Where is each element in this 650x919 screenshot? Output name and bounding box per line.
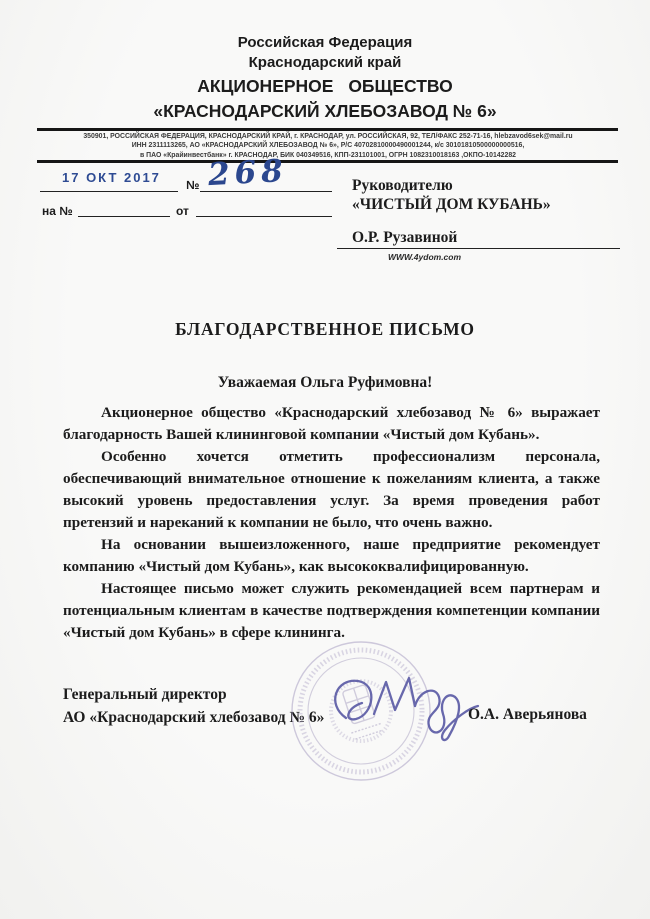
signer-position: Генеральный директор АО «Краснодарский х… xyxy=(63,683,324,729)
recipient-block: Руководителю «ЧИСТЫЙ ДОМ КУБАНЬ» xyxy=(352,176,551,214)
header-org-name: «КРАСНОДАРСКИЙ ХЛЕБОЗАВОД № 6» xyxy=(0,100,650,123)
recipient-website: WWW.4ydom.com xyxy=(388,252,461,262)
letterhead-rule-top xyxy=(37,128,618,131)
signature-ink xyxy=(316,658,491,750)
letterhead-details-line3: в ПАО «Крайинвестбанк» г. КРАСНОДАР, БИК… xyxy=(42,151,614,160)
letterhead-details: 350901, РОССИЙСКАЯ ФЕДЕРАЦИЯ, КРАСНОДАРС… xyxy=(42,132,614,160)
handwritten-number: 268 xyxy=(207,153,288,193)
letter-salutation: Уважаемая Ольга Руфимовна! xyxy=(0,374,650,392)
paragraph: Настоящее письмо может служить рекоменда… xyxy=(63,578,600,644)
letter-body: Акционерное общество «Краснодарский хлеб… xyxy=(63,402,600,644)
reply-number-label: на № xyxy=(42,204,73,218)
recipient-underline xyxy=(337,248,620,249)
letterhead-details-line2: ИНН 2311113265, АО «КРАСНОДАРСКИЙ ХЛЕБОЗ… xyxy=(42,141,614,150)
header-country: Российская Федерация xyxy=(0,33,650,53)
letterhead-rule-bottom xyxy=(37,160,618,163)
signer-name: О.А. Аверьянова xyxy=(468,706,587,724)
reply-date-underline xyxy=(196,216,332,217)
reply-date-label: от xyxy=(176,204,189,218)
recipient-to: Руководителю xyxy=(352,176,551,195)
date-stamp: 17 ОКТ 2017 xyxy=(62,170,161,185)
signer-position-line2: АО «Краснодарский хлебозавод № 6» xyxy=(63,706,324,729)
signer-position-line1: Генеральный директор xyxy=(63,683,324,706)
recipient-name: О.Р. Рузавиной xyxy=(352,229,457,247)
recipient-company: «ЧИСТЫЙ ДОМ КУБАНЬ» xyxy=(352,195,551,214)
number-label: № xyxy=(186,178,199,192)
paragraph: На основании вышеизложенного, наше предп… xyxy=(63,534,600,578)
reply-number-underline xyxy=(78,216,170,217)
letterhead-header: Российская Федерация Краснодарский край … xyxy=(0,33,650,123)
letter-document: Российская Федерация Краснодарский край … xyxy=(0,0,650,919)
paragraph: Особенно хочется отметить профессионализ… xyxy=(63,446,600,534)
paragraph: Акционерное общество «Краснодарский хлеб… xyxy=(63,402,600,446)
header-org-type: АКЦИОНЕРНОЕ ОБЩЕСТВО xyxy=(0,75,650,98)
letterhead-details-line1: 350901, РОССИЙСКАЯ ФЕДЕРАЦИЯ, КРАСНОДАРС… xyxy=(42,132,614,141)
date-underline xyxy=(40,191,178,192)
letter-title: БЛАГОДАРСТВЕННОЕ ПИСЬМО xyxy=(0,319,650,340)
header-region: Краснодарский край xyxy=(0,53,650,73)
